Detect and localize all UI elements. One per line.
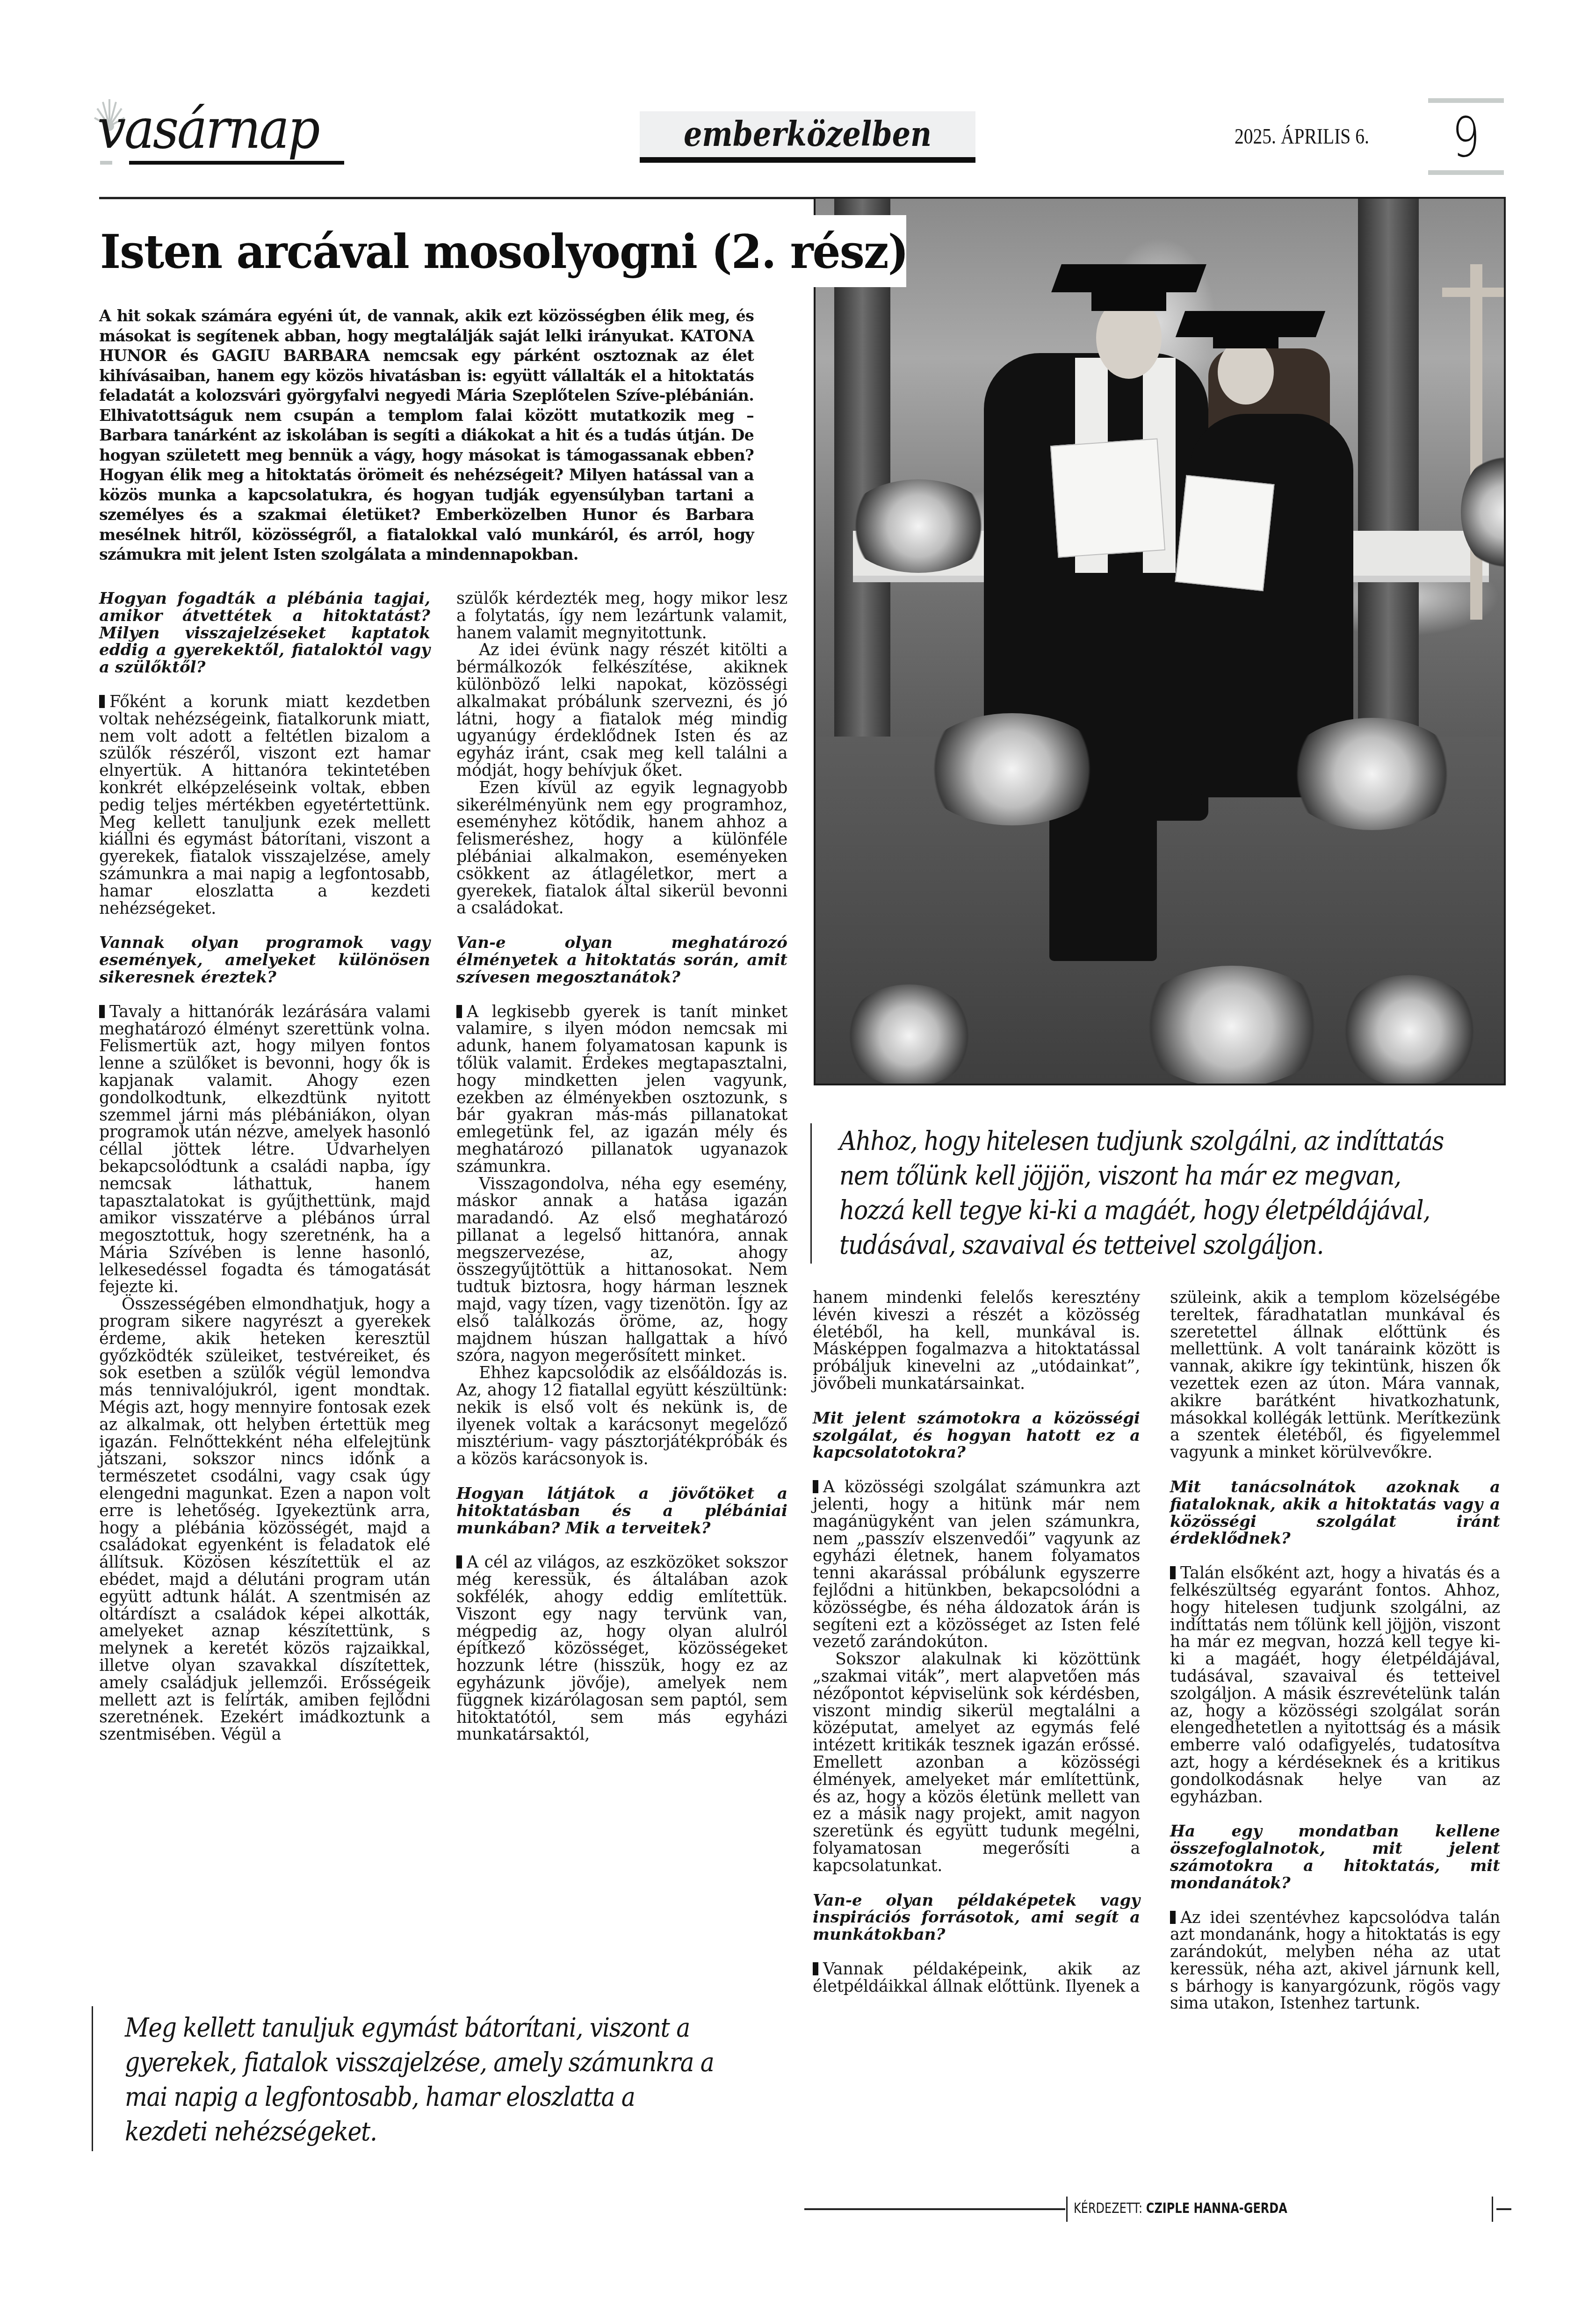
logo-underline-accent (100, 161, 112, 165)
byline-divider (1066, 2197, 1068, 2222)
photo-flowers (1339, 975, 1480, 1085)
page-number-box: 9 (1428, 98, 1504, 177)
answer-marker-icon (813, 1962, 818, 1975)
interview-question: Mit tanácsolnátok azoknak a fiataloknak,… (1170, 1479, 1500, 1547)
answer-marker-icon (99, 1005, 105, 1018)
photo-pillar (1358, 199, 1419, 760)
byline-divider (1492, 2197, 1493, 2222)
interview-answer: A legkisebb gyerek is tanít minket valam… (456, 1003, 787, 1176)
article-title: Isten arcával mosolyogni (2. rész) (100, 224, 908, 280)
photo-flowers (844, 479, 993, 573)
photo-face (1218, 339, 1274, 405)
section-label: emberközelben (663, 115, 952, 153)
photo-flowers (1134, 966, 1330, 1085)
interview-answer: Az idei szentévhez kapcsolódva talán azt… (1170, 1908, 1500, 2013)
article-photo[interactable] (814, 197, 1506, 1085)
answer-marker-icon (1170, 1911, 1176, 1924)
interview-answer: hanem mindenki felelős keresztény lévén … (813, 1289, 1140, 1393)
photo-diploma (1175, 475, 1274, 592)
interview-answer: szüleink, akik a templom közelségébe ter… (1170, 1289, 1500, 1461)
column-3: hanem mindenki felelős keresztény lévén … (813, 1289, 1140, 1995)
photo-flowers (918, 713, 1105, 825)
interview-question: Van-e olyan példaképetek vagy inspiráció… (813, 1892, 1140, 1944)
logo-underline (129, 161, 344, 165)
interview-question: Vannak olyan programok vagy események, a… (99, 934, 430, 986)
answer-marker-icon (456, 1555, 462, 1568)
interview-answer: Talán elsőként azt, hogy a hivatás és a … (1170, 1564, 1500, 1806)
interview-answer: Ezen kívül az egyik legnagyobb sikerélmé… (456, 780, 787, 917)
interview-answer: Az idei évünk nagy részét kitölti a bérm… (456, 642, 787, 779)
answer-marker-icon (99, 695, 105, 708)
photo-flowers (1283, 718, 1461, 830)
crucifix-icon (1470, 264, 1482, 620)
interview-question: Hogyan fogadták a plébánia tagjai, amiko… (99, 590, 430, 676)
column-2: szülők kérdezték meg, hogy mikor lesz a … (456, 590, 787, 1743)
interview-answer: Sokszor alakulnak ki közöttünk „szakmai … (813, 1651, 1140, 1874)
byline-rule (804, 2208, 1065, 2210)
answer-marker-icon (813, 1480, 818, 1493)
byline-label: KÉRDEZETT: (1074, 2200, 1142, 2217)
interview-answer: Ehhez kapcsolódik az elsőáldozás is. Az,… (456, 1365, 787, 1468)
interview-answer: A közösségi szolgálat számunkra azt jele… (813, 1478, 1140, 1651)
pullquote-rule (92, 2006, 93, 2151)
interview-answer: A cél az világos, az eszközöket sokszor … (456, 1553, 787, 1744)
answer-marker-icon (456, 1005, 462, 1018)
pullquote: Ahhoz, hogy hitelesen tudjunk szolgálni,… (839, 1124, 1445, 1263)
article-lead: A hit sokak számára egyéni út, de vannak… (99, 306, 754, 565)
issue-date: 2025. ÁPRILIS 6. (1235, 123, 1369, 151)
interview-answer: szülők kérdezték meg, hogy mikor lesz a … (456, 590, 787, 642)
section-tag[interactable]: emberközelben (640, 111, 975, 157)
interview-answer: Vannak példaképeink, akik az életpéldáik… (813, 1960, 1140, 1996)
section-underline (640, 157, 975, 163)
interview-answer: Tavaly a hittanórák lezárására valami me… (99, 1003, 430, 1297)
interview-answer: Főként a korunk miatt kezdetben voltak n… (99, 693, 430, 918)
pullquote: Meg kellett tanuljuk egymást bátorítani,… (125, 2011, 714, 2149)
answer-marker-icon (1170, 1566, 1176, 1579)
interview-answer: Visszagondolva, néha egy esemény, máskor… (456, 1176, 787, 1365)
interview-question: Ha egy mondatban kellene összefoglalnoto… (1170, 1823, 1500, 1892)
interview-question: Mit jelent számotokra a közösségi szolgá… (813, 1410, 1140, 1461)
interview-question: Van-e olyan meghatározó élményetek a hit… (456, 934, 787, 986)
byline: KÉRDEZETT: CZIPLE HANNA-GERDA (1074, 2196, 1287, 2222)
graduation-cap-icon (1091, 283, 1166, 311)
interview-question: Hogyan látjátok a jövőtöket a hitoktatás… (456, 1485, 787, 1537)
column-1: Hogyan fogadták a plébánia tagjai, amiko… (99, 590, 430, 1743)
byline-author[interactable]: CZIPLE HANNA-GERDA (1146, 2200, 1287, 2217)
logo-wordmark: vasárnap (97, 101, 318, 157)
photo-diploma (1050, 438, 1165, 557)
graduation-cap-icon (1213, 325, 1278, 348)
page-number-bar-bottom (1428, 170, 1504, 175)
column-4: szüleink, akik a templom közelségébe ter… (1170, 1289, 1500, 2012)
masthead: vasárnap emberközelben 2025. ÁPRILIS 6. … (0, 0, 1596, 196)
interview-answer: Összességében elmondhatjuk, hogy a progr… (99, 1296, 430, 1743)
page-number: 9 (1436, 107, 1496, 167)
pullquote-rule (810, 1123, 812, 1264)
publication-logo[interactable]: vasárnap (94, 101, 271, 166)
byline-rule (1496, 2208, 1511, 2210)
crucifix-bar (1442, 288, 1506, 297)
photo-flowers (844, 984, 975, 1085)
page-number-bar-top (1428, 98, 1504, 103)
